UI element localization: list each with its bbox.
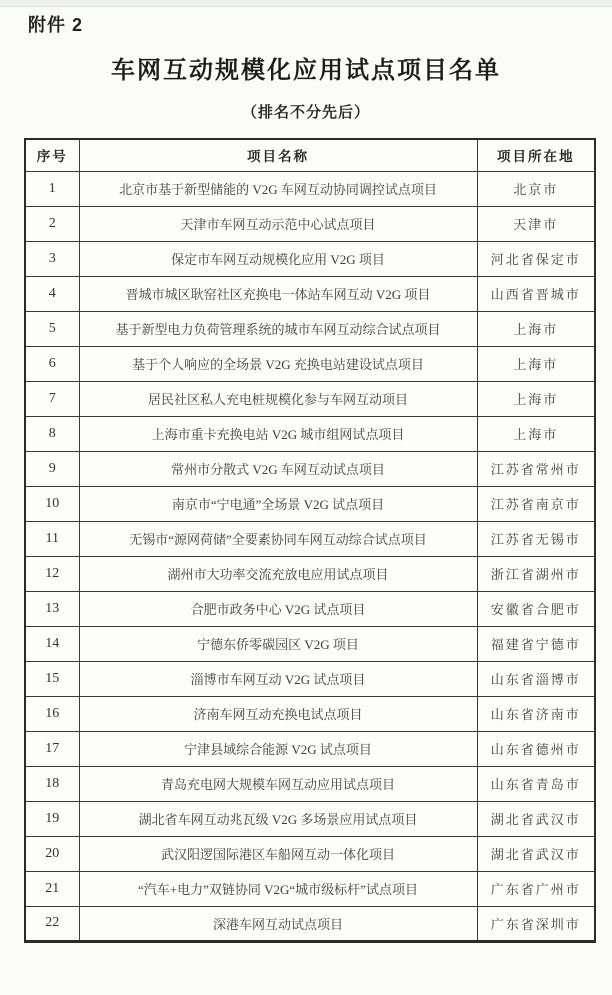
row-number-cell: 13 (25, 591, 79, 626)
table-body: 1 北京市基于新型储能的 V2G 车网互动协同调控试点项目 北京市 2 天津市车… (25, 171, 595, 941)
table-row: 4 晋城市城区耿窑社区充换电一体站车网互动 V2G 项目 山西省晋城市 (25, 276, 595, 311)
table-row: 2 天津市车网互动示范中心试点项目 天津市 (25, 206, 595, 241)
table-row: 9 常州市分散式 V2G 车网互动试点项目 江苏省常州市 (25, 451, 595, 486)
project-location-cell: 上海市 (477, 416, 595, 451)
project-name-cell: “汽车+电力”双链协同 V2G“城市级标杆”试点项目 (79, 871, 477, 906)
project-name-cell: 上海市重卡充换电站 V2G 城市组网试点项目 (79, 416, 477, 451)
header-cell-location: 项目所在地 (477, 139, 595, 171)
table-row: 5 基于新型电力负荷管理系统的城市车网互动综合试点项目 上海市 (25, 311, 595, 346)
project-name-cell: 常州市分散式 V2G 车网互动试点项目 (79, 451, 477, 486)
row-number-cell: 9 (25, 451, 79, 486)
project-location-cell: 上海市 (477, 381, 595, 416)
project-name-cell: 无锡市“源网荷储”全要素协同车网互动综合试点项目 (79, 521, 477, 556)
project-name-cell: 晋城市城区耿窑社区充换电一体站车网互动 V2G 项目 (79, 276, 477, 311)
project-location-cell: 上海市 (477, 311, 595, 346)
table-row: 11 无锡市“源网荷储”全要素协同车网互动综合试点项目 江苏省无锡市 (25, 521, 595, 556)
row-number-cell: 22 (25, 906, 79, 941)
table-row: 21 “汽车+电力”双链协同 V2G“城市级标杆”试点项目 广东省广州市 (25, 871, 595, 906)
table-row: 16 济南车网互动充换电试点项目 山东省济南市 (25, 696, 595, 731)
row-number-cell: 5 (25, 311, 79, 346)
row-number-cell: 11 (25, 521, 79, 556)
table-row: 10 南京市“宁电通”全场景 V2G 试点项目 江苏省南京市 (25, 486, 595, 521)
row-number-cell: 10 (25, 486, 79, 521)
project-location-cell: 安徽省合肥市 (477, 591, 595, 626)
row-number-cell: 14 (25, 626, 79, 661)
project-name-cell: 深港车网互动试点项目 (79, 906, 477, 941)
row-number-cell: 4 (25, 276, 79, 311)
row-number-cell: 21 (25, 871, 79, 906)
row-number-cell: 6 (25, 346, 79, 381)
table-row: 20 武汉阳逻国际港区车船网互动一体化项目 湖北省武汉市 (25, 836, 595, 871)
table-row: 6 基于个人响应的全场景 V2G 充换电站建设试点项目 上海市 (25, 346, 595, 381)
project-name-cell: 湖北省车网互动兆瓦级 V2G 多场景应用试点项目 (79, 801, 477, 836)
project-location-cell: 江苏省无锡市 (477, 521, 595, 556)
project-name-cell: 淄博市车网互动 V2G 试点项目 (79, 661, 477, 696)
table-row: 14 宁德东侨零碳园区 V2G 项目 福建省宁德市 (25, 626, 595, 661)
row-number-cell: 15 (25, 661, 79, 696)
project-location-cell: 福建省宁德市 (477, 626, 595, 661)
project-location-cell: 山西省晋城市 (477, 276, 595, 311)
page-top-edge (0, 0, 612, 7)
project-name-cell: 南京市“宁电通”全场景 V2G 试点项目 (79, 486, 477, 521)
project-location-cell: 广东省广州市 (477, 871, 595, 906)
project-name-cell: 宁津县域综合能源 V2G 试点项目 (79, 731, 477, 766)
project-name-cell: 保定市车网互动规模化应用 V2G 项目 (79, 241, 477, 276)
project-location-cell: 上海市 (477, 346, 595, 381)
project-location-cell: 江苏省南京市 (477, 486, 595, 521)
row-number-cell: 20 (25, 836, 79, 871)
row-number-cell: 2 (25, 206, 79, 241)
table-row: 3 保定市车网互动规模化应用 V2G 项目 河北省保定市 (25, 241, 595, 276)
header-cell-no: 序号 (25, 139, 79, 171)
project-location-cell: 天津市 (477, 206, 595, 241)
table-row: 12 湖州市大功率交流充放电应用试点项目 浙江省湖州市 (25, 556, 595, 591)
table-row: 17 宁津县域综合能源 V2G 试点项目 山东省德州市 (25, 731, 595, 766)
table-row: 15 淄博市车网互动 V2G 试点项目 山东省淄博市 (25, 661, 595, 696)
table-row: 13 合肥市政务中心 V2G 试点项目 安徽省合肥市 (25, 591, 595, 626)
project-location-cell: 湖北省武汉市 (477, 801, 595, 836)
table-header: 序号 项目名称 项目所在地 (25, 139, 595, 171)
page-subtitle: （排名不分先后） (0, 101, 612, 122)
attachment-label: 附件 2 (28, 11, 83, 37)
header-cell-name: 项目名称 (79, 139, 477, 171)
table-row: 19 湖北省车网互动兆瓦级 V2G 多场景应用试点项目 湖北省武汉市 (25, 801, 595, 836)
table-row: 8 上海市重卡充换电站 V2G 城市组网试点项目 上海市 (25, 416, 595, 451)
project-location-cell: 山东省德州市 (477, 731, 595, 766)
project-name-cell: 基于新型电力负荷管理系统的城市车网互动综合试点项目 (79, 311, 477, 346)
project-location-cell: 广东省深圳市 (477, 906, 595, 941)
table-row: 22 深港车网互动试点项目 广东省深圳市 (25, 906, 595, 941)
project-location-cell: 山东省济南市 (477, 696, 595, 731)
row-number-cell: 1 (25, 171, 79, 206)
project-location-cell: 江苏省常州市 (477, 451, 595, 486)
table-row: 18 青岛充电网大规模车网互动应用试点项目 山东省青岛市 (25, 766, 595, 801)
row-number-cell: 7 (25, 381, 79, 416)
project-name-cell: 基于个人响应的全场景 V2G 充换电站建设试点项目 (79, 346, 477, 381)
row-number-cell: 16 (25, 696, 79, 731)
project-name-cell: 北京市基于新型储能的 V2G 车网互动协同调控试点项目 (79, 171, 477, 206)
table-row: 7 居民社区私人充电桩规模化参与车网互动项目 上海市 (25, 381, 595, 416)
project-name-cell: 天津市车网互动示范中心试点项目 (79, 206, 477, 241)
row-number-cell: 3 (25, 241, 79, 276)
projects-table: 序号 项目名称 项目所在地 1 北京市基于新型储能的 V2G 车网互动协同调控试… (24, 138, 596, 943)
page-title: 车网互动规模化应用试点项目名单 (0, 50, 612, 85)
project-name-cell: 合肥市政务中心 V2G 试点项目 (79, 591, 477, 626)
project-location-cell: 北京市 (477, 171, 595, 206)
project-location-cell: 山东省淄博市 (477, 661, 595, 696)
project-location-cell: 湖北省武汉市 (477, 836, 595, 871)
project-location-cell: 河北省保定市 (477, 241, 595, 276)
table-row: 1 北京市基于新型储能的 V2G 车网互动协同调控试点项目 北京市 (25, 171, 595, 206)
row-number-cell: 17 (25, 731, 79, 766)
project-name-cell: 宁德东侨零碳园区 V2G 项目 (79, 626, 477, 661)
row-number-cell: 12 (25, 556, 79, 591)
project-name-cell: 湖州市大功率交流充放电应用试点项目 (79, 556, 477, 591)
row-number-cell: 19 (25, 801, 79, 836)
table-header-row: 序号 项目名称 项目所在地 (25, 139, 595, 171)
project-name-cell: 居民社区私人充电桩规模化参与车网互动项目 (79, 381, 477, 416)
project-name-cell: 济南车网互动充换电试点项目 (79, 696, 477, 731)
project-name-cell: 武汉阳逻国际港区车船网互动一体化项目 (79, 836, 477, 871)
row-number-cell: 8 (25, 416, 79, 451)
project-name-cell: 青岛充电网大规模车网互动应用试点项目 (79, 766, 477, 801)
project-location-cell: 山东省青岛市 (477, 766, 595, 801)
project-location-cell: 浙江省湖州市 (477, 556, 595, 591)
row-number-cell: 18 (25, 766, 79, 801)
